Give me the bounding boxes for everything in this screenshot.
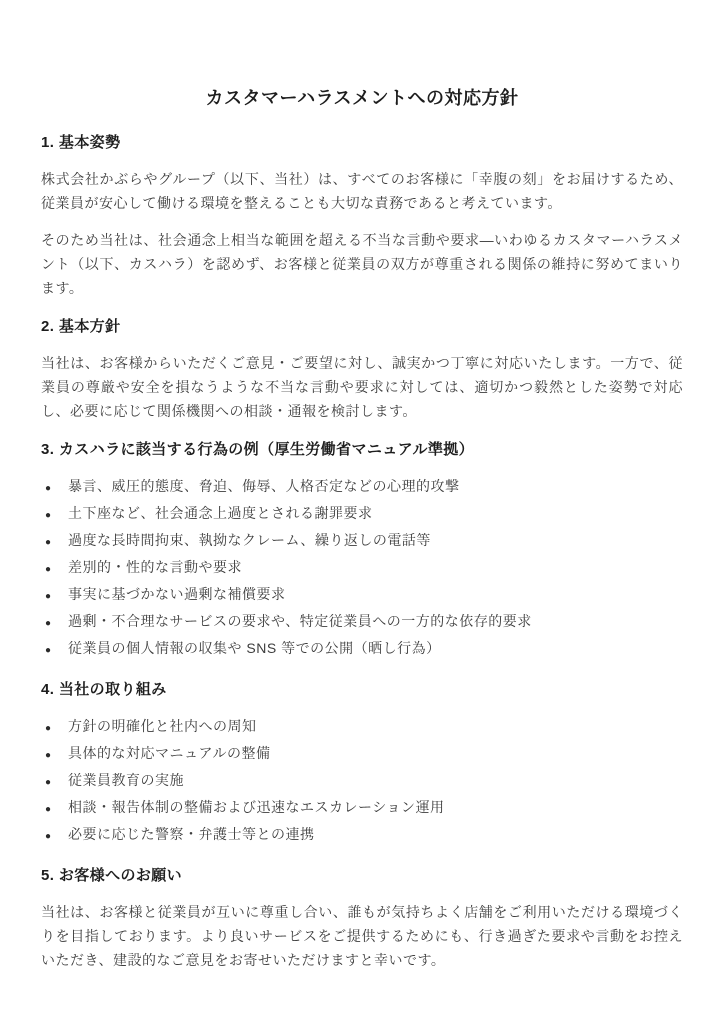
section-heading-request-to-customers: 5. お客様へのお願い [41,866,683,886]
paragraph: 株式会社かぶらやグループ（以下、当社）は、すべてのお客様に「幸腹の刻」をお届けす… [41,167,683,215]
bullet-icon: ● [41,611,68,636]
list-item-text: 相談・報告体制の整備および迅速なエスカレーション運用 [68,795,683,820]
bullet-icon: ● [41,638,68,663]
section-company-initiatives: 4. 当社の取り組み ● 方針の明確化と社内への周知 ● 具体的な対応マニュアル… [41,680,683,849]
bullet-icon: ● [41,530,68,555]
list-item: ● 相談・報告体制の整備および迅速なエスカレーション運用 [41,795,683,822]
list-item-text: 差別的・性的な言動や要求 [68,555,683,580]
list-item-text: 過度な長時間拘束、執拗なクレーム、繰り返しの電話等 [68,528,683,553]
bullet-icon: ● [41,584,68,609]
list-item-text: 事実に基づかない過剰な補償要求 [68,582,683,607]
list-item: ● 暴言、威圧的態度、脅迫、侮辱、人格否定などの心理的攻撃 [41,474,683,501]
company-initiatives-list: ● 方針の明確化と社内への周知 ● 具体的な対応マニュアルの整備 ● 従業員教育… [41,714,683,849]
list-item: ● 必要に応じた警察・弁護士等との連携 [41,822,683,849]
list-item: ● 差別的・性的な言動や要求 [41,555,683,582]
bullet-icon: ● [41,824,68,849]
list-item: ● 過剰・不合理なサービスの要求や、特定従業員への一方的な依存的要求 [41,609,683,636]
harassment-examples-list: ● 暴言、威圧的態度、脅迫、侮辱、人格否定などの心理的攻撃 ● 土下座など、社会… [41,474,683,663]
list-item-text: 従業員教育の実施 [68,768,683,793]
paragraph: そのため当社は、社会通念上相当な範囲を超える不当な言動や要求―いわゆるカスタマー… [41,228,683,300]
list-item: ● 従業員教育の実施 [41,768,683,795]
list-item: ● 従業員の個人情報の収集や SNS 等での公開（晒し行為） [41,636,683,663]
document-page: カスタマーハラスメントへの対応方針 1. 基本姿勢 株式会社かぶらやグループ（以… [0,0,724,1024]
list-item-text: 従業員の個人情報の収集や SNS 等での公開（晒し行為） [68,636,683,661]
list-item: ● 過度な長時間拘束、執拗なクレーム、繰り返しの電話等 [41,528,683,555]
list-item-text: 方針の明確化と社内への周知 [68,714,683,739]
list-item: ● 土下座など、社会通念上過度とされる謝罪要求 [41,501,683,528]
bullet-icon: ● [41,797,68,822]
bullet-icon: ● [41,770,68,795]
section-basic-stance: 1. 基本姿勢 株式会社かぶらやグループ（以下、当社）は、すべてのお客様に「幸腹… [41,133,683,300]
section-heading-harassment-examples: 3. カスハラに該当する行為の例（厚生労働省マニュアル準拠） [41,440,683,460]
bullet-icon: ● [41,557,68,582]
list-item: ● 方針の明確化と社内への周知 [41,714,683,741]
list-item-text: 暴言、威圧的態度、脅迫、侮辱、人格否定などの心理的攻撃 [68,474,683,499]
section-heading-basic-policy: 2. 基本方針 [41,317,683,337]
section-heading-company-initiatives: 4. 当社の取り組み [41,680,683,700]
list-item: ● 具体的な対応マニュアルの整備 [41,741,683,768]
section-request-to-customers: 5. お客様へのお願い 当社は、お客様と従業員が互いに尊重し合い、誰もが気持ちよ… [41,866,683,972]
bullet-icon: ● [41,476,68,501]
section-heading-basic-stance: 1. 基本姿勢 [41,133,683,153]
list-item-text: 過剰・不合理なサービスの要求や、特定従業員への一方的な依存的要求 [68,609,683,634]
list-item: ● 事実に基づかない過剰な補償要求 [41,582,683,609]
list-item-text: 土下座など、社会通念上過度とされる謝罪要求 [68,501,683,526]
list-item-text: 具体的な対応マニュアルの整備 [68,741,683,766]
section-harassment-examples: 3. カスハラに該当する行為の例（厚生労働省マニュアル準拠） ● 暴言、威圧的態… [41,440,683,663]
paragraph: 当社は、お客様と従業員が互いに尊重し合い、誰もが気持ちよく店舗をご利用いただける… [41,900,683,972]
paragraph: 当社は、お客様からいただくご意見・ご要望に対し、誠実かつ丁寧に対応いたします。一… [41,351,683,423]
bullet-icon: ● [41,503,68,528]
list-item-text: 必要に応じた警察・弁護士等との連携 [68,822,683,847]
bullet-icon: ● [41,716,68,741]
section-basic-policy: 2. 基本方針 当社は、お客様からいただくご意見・ご要望に対し、誠実かつ丁寧に対… [41,317,683,423]
bullet-icon: ● [41,743,68,768]
document-title: カスタマーハラスメントへの対応方針 [41,85,683,111]
